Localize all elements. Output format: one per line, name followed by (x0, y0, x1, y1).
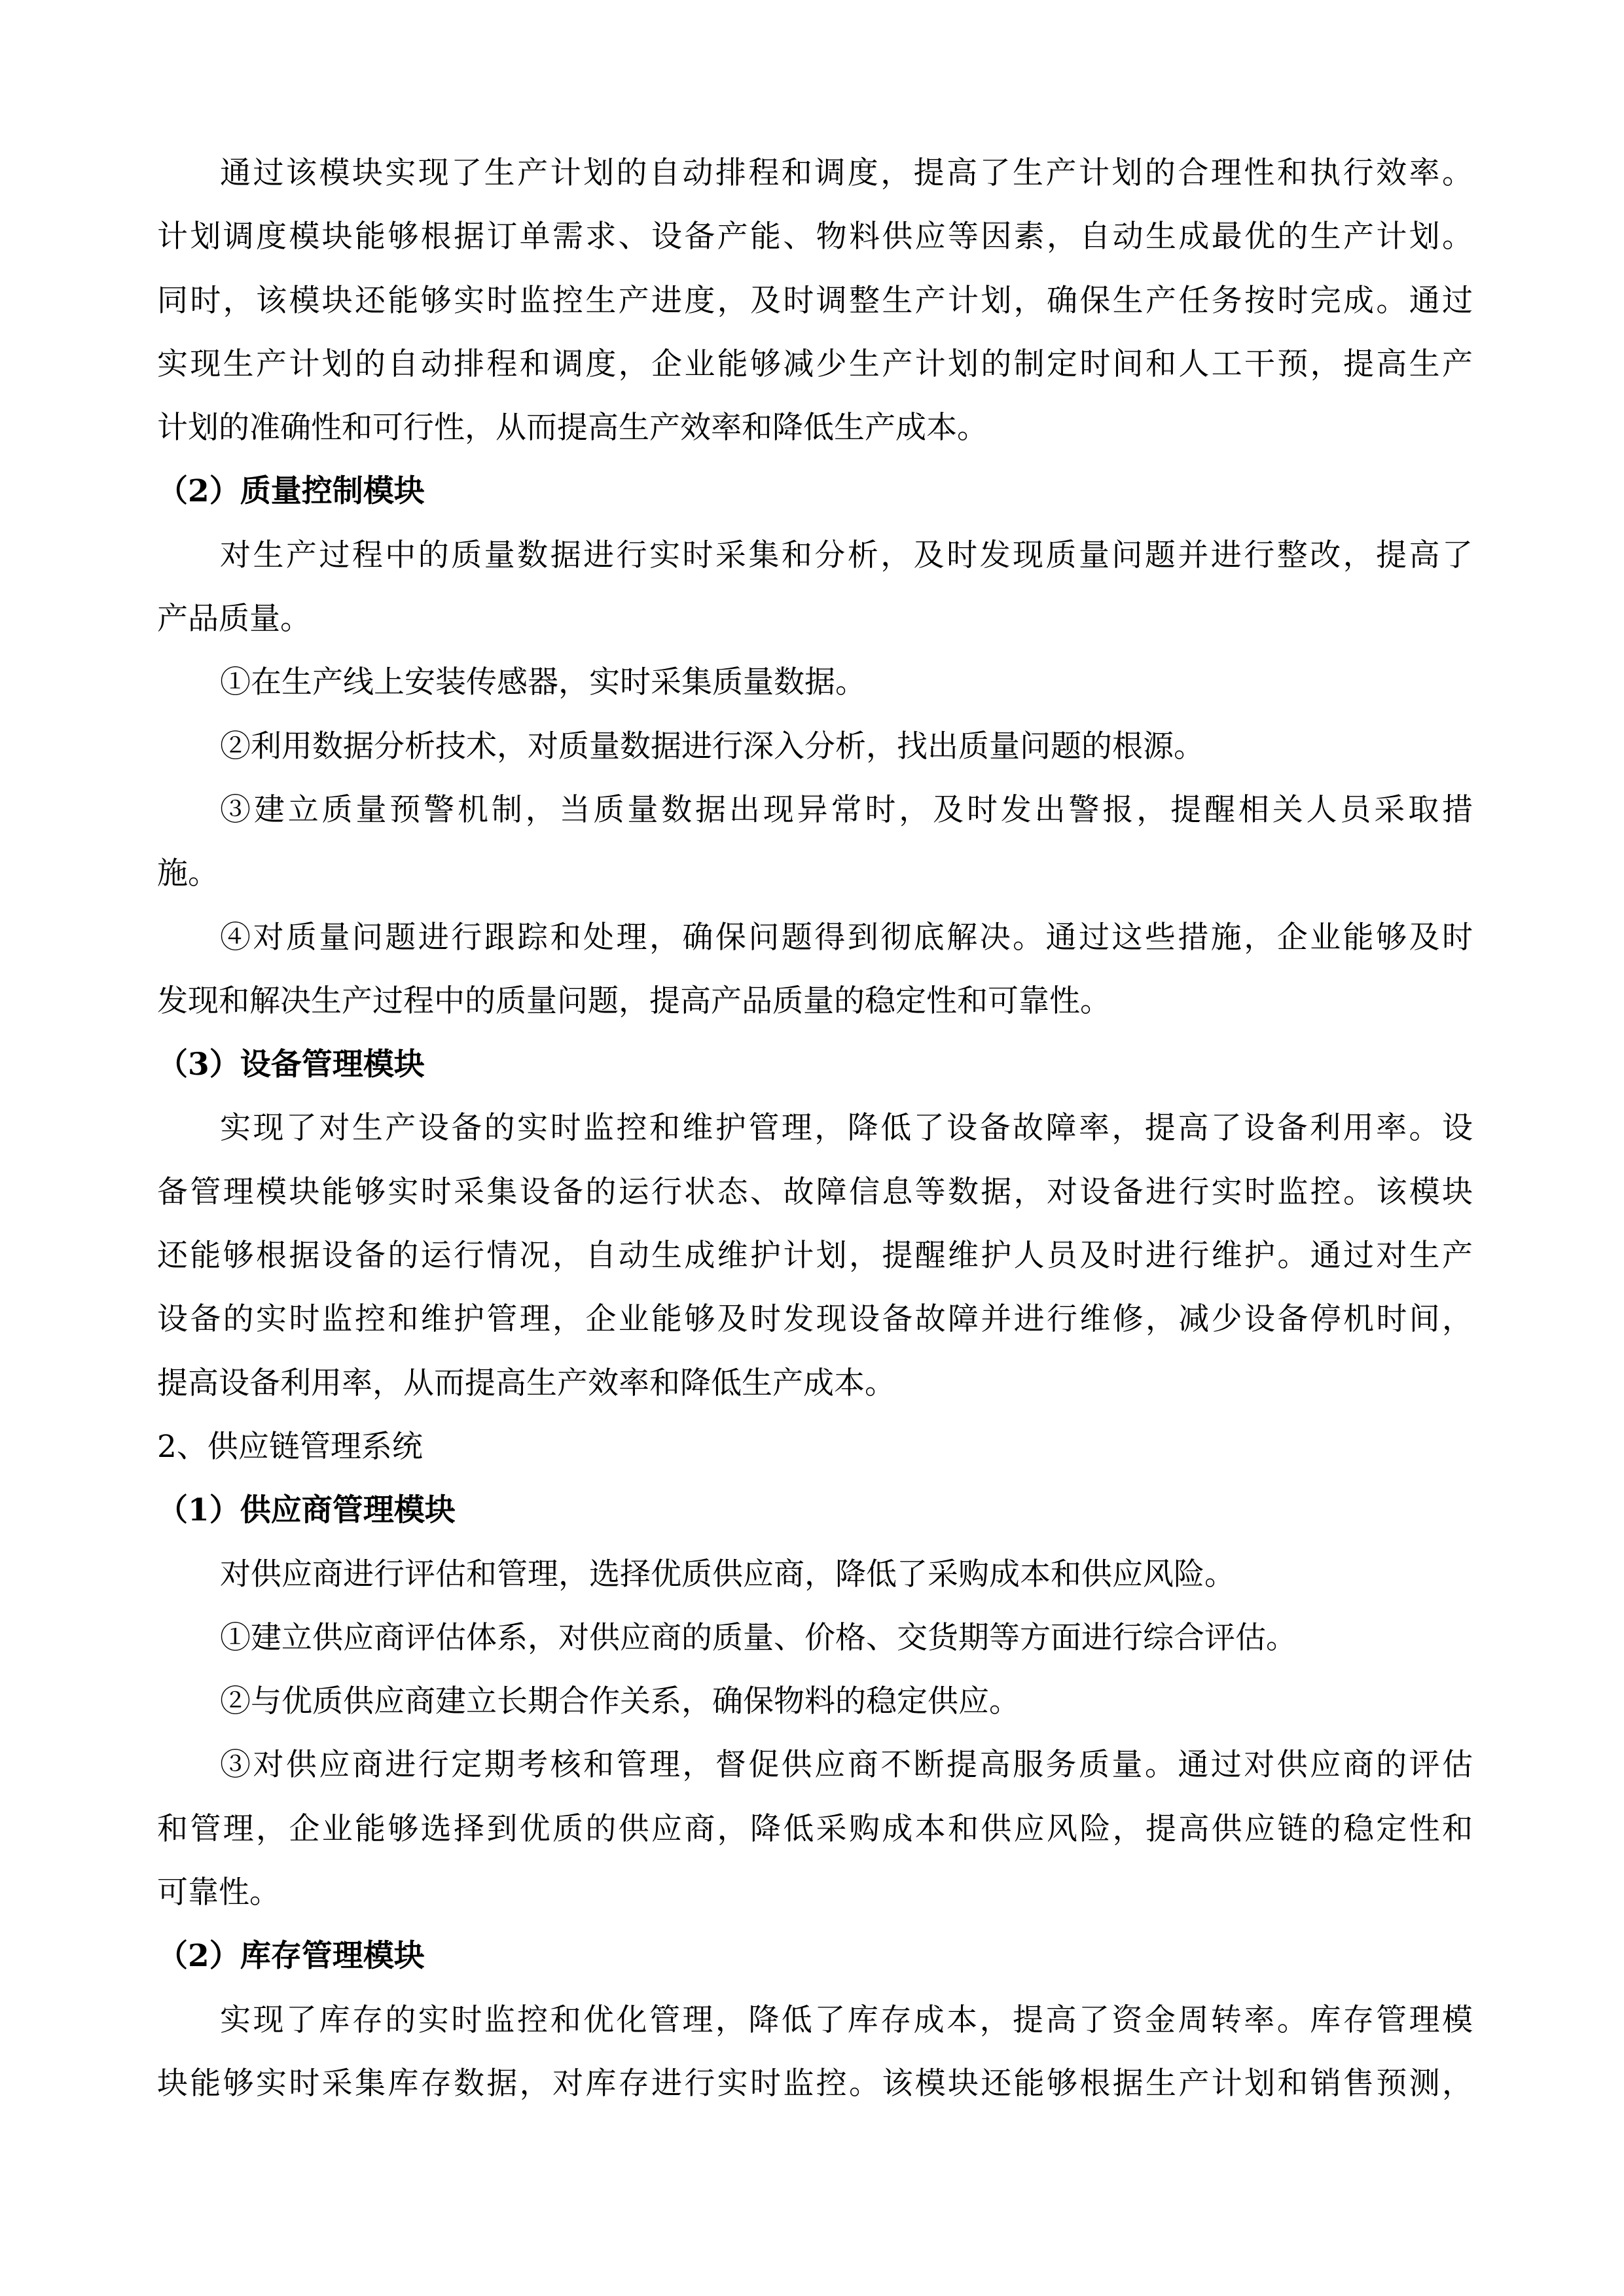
document-page: 通过该模块实现了生产计划的自动排程和调度，提高了生产计划的合理性和执行效率。 计… (157, 141, 1473, 2115)
text-line: 对供应商进行评估和管理，选择优质供应商，降低了采购成本和供应风险。 (157, 1543, 1473, 1606)
text-line: 提高设备利用率，从而提高生产效率和降低生产成本。 (157, 1352, 1473, 1415)
text-line: 计划调度模块能够根据订单需求、设备产能、物料供应等因素，自动生成最优的生产计划。 (157, 205, 1473, 268)
list-item-quality-4: ④对质量问题进行跟踪和处理，确保问题得到彻底解决。通过这些措施，企业能够及时 发… (157, 906, 1473, 1033)
heading-quality-control: （2）质量控制模块 (157, 459, 1473, 523)
paragraph-equipment: 实现了对生产设备的实时监控和维护管理，降低了设备故障率，提高了设备利用率。设 备… (157, 1096, 1473, 1414)
text-line: ③建立质量预警机制，当质量数据出现异常时，及时发出警报，提醒相关人员采取措 (157, 778, 1473, 842)
text-line: 对生产过程中的质量数据进行实时采集和分析，及时发现质量问题并进行整改，提高了 (157, 524, 1473, 587)
list-item-quality-3: ③建立质量预警机制，当质量数据出现异常时，及时发出警报，提醒相关人员采取措 施。 (157, 778, 1473, 906)
text-line: 实现了库存的实时监控和优化管理，降低了库存成本，提高了资金周转率。库存管理模 (157, 1988, 1473, 2052)
text-line: 通过该模块实现了生产计划的自动排程和调度，提高了生产计划的合理性和执行效率。 (157, 141, 1473, 205)
list-item-supplier-2: ②与优质供应商建立长期合作关系，确保物料的稳定供应。 (157, 1670, 1473, 1733)
paragraph-supplier-intro: 对供应商进行评估和管理，选择优质供应商，降低了采购成本和供应风险。 (157, 1543, 1473, 1606)
text-line: 实现生产计划的自动排程和调度，企业能够减少生产计划的制定时间和人工干预，提高生产 (157, 332, 1473, 396)
text-line: 产品质量。 (157, 587, 1473, 651)
text-line: 备管理模块能够实时采集设备的运行状态、故障信息等数据，对设备进行实时监控。该模块 (157, 1160, 1473, 1224)
text-line: 可靠性。 (157, 1861, 1473, 1924)
paragraph-quality-intro: 对生产过程中的质量数据进行实时采集和分析，及时发现质量问题并进行整改，提高了 产… (157, 524, 1473, 651)
text-line: ③对供应商进行定期考核和管理，督促供应商不断提高服务质量。通过对供应商的评估 (157, 1733, 1473, 1797)
text-line: 同时，该模块还能够实时监控生产进度，及时调整生产计划，确保生产任务按时完成。通过 (157, 269, 1473, 332)
text-line: 发现和解决生产过程中的质量问题，提高产品质量的稳定性和可靠性。 (157, 969, 1473, 1033)
paragraph-plan-summary: 通过该模块实现了生产计划的自动排程和调度，提高了生产计划的合理性和执行效率。 计… (157, 141, 1473, 459)
text-line: ②利用数据分析技术，对质量数据进行深入分析，找出质量问题的根源。 (157, 715, 1473, 778)
heading-equipment: （3）设备管理模块 (157, 1033, 1473, 1096)
text-line: 还能够根据设备的运行情况，自动生成维护计划，提醒维护人员及时进行维护。通过对生产 (157, 1224, 1473, 1287)
list-item-supplier-3: ③对供应商进行定期考核和管理，督促供应商不断提高服务质量。通过对供应商的评估 和… (157, 1733, 1473, 1924)
heading-inventory: （2）库存管理模块 (157, 1924, 1473, 1988)
list-item-quality-1: ①在生产线上安装传感器，实时采集质量数据。 (157, 651, 1473, 714)
heading-supplier: （1）供应商管理模块 (157, 1479, 1473, 1542)
list-item-quality-2: ②利用数据分析技术，对质量数据进行深入分析，找出质量问题的根源。 (157, 715, 1473, 778)
text-line: ④对质量问题进行跟踪和处理，确保问题得到彻底解决。通过这些措施，企业能够及时 (157, 906, 1473, 969)
section-title-supply-chain: 2、供应链管理系统 (157, 1415, 1473, 1479)
text-line: 设备的实时监控和维护管理，企业能够及时发现设备故障并进行维修，减少设备停机时间， (157, 1287, 1473, 1351)
text-line: ②与优质供应商建立长期合作关系，确保物料的稳定供应。 (157, 1670, 1473, 1733)
text-line: 计划的准确性和可行性，从而提高生产效率和降低生产成本。 (157, 396, 1473, 459)
text-line: 和管理，企业能够选择到优质的供应商，降低采购成本和供应风险，提高供应链的稳定性和 (157, 1797, 1473, 1861)
text-line: 块能够实时采集库存数据，对库存进行实时监控。该模块还能够根据生产计划和销售预测， (157, 2052, 1473, 2115)
text-line: 施。 (157, 842, 1473, 905)
paragraph-inventory: 实现了库存的实时监控和优化管理，降低了库存成本，提高了资金周转率。库存管理模 块… (157, 1988, 1473, 2116)
list-item-supplier-1: ①建立供应商评估体系，对供应商的质量、价格、交货期等方面进行综合评估。 (157, 1606, 1473, 1670)
text-line: 实现了对生产设备的实时监控和维护管理，降低了设备故障率，提高了设备利用率。设 (157, 1096, 1473, 1160)
text-line: ①在生产线上安装传感器，实时采集质量数据。 (157, 651, 1473, 714)
text-line: ①建立供应商评估体系，对供应商的质量、价格、交货期等方面进行综合评估。 (157, 1606, 1473, 1670)
